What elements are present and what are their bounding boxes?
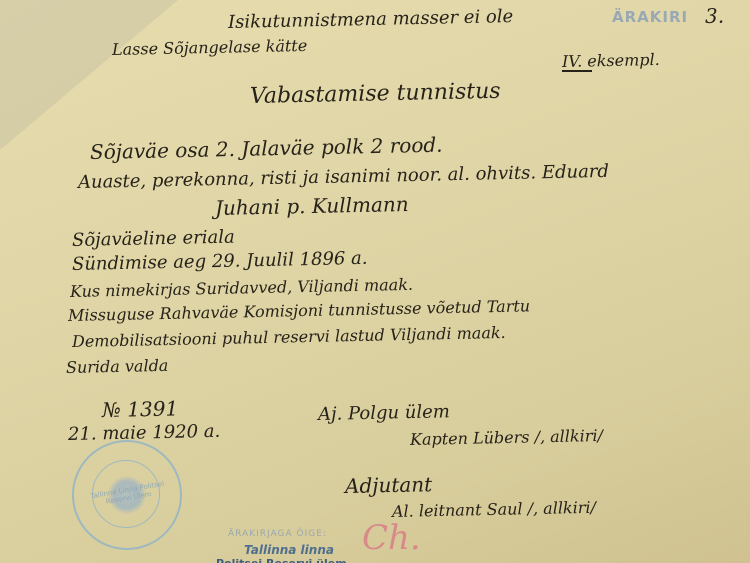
archive-stamp: ÄRAKIRI [612,8,688,26]
certified-copy-office: Politsei Reservi ülem [216,557,347,563]
page-number: 3. [705,4,725,28]
signature-commander-name: Kapten Lübers /, allkiri/ [410,426,603,449]
signature-adjutant-title: Adjutant [345,472,433,498]
field-parish: Surida valda [66,356,169,377]
copy-number: IV. eksempl. [562,50,660,71]
field-military-specialty: Sõjaväeline eriala [72,227,235,251]
document-number: № 1391 [102,396,179,422]
certified-copy-stamp: ÄRAKIRJAGA ÕIGE: [228,529,327,539]
signature-commander-title: Aj. Polgu ülem [318,401,450,425]
copy-number-underline [562,70,592,72]
field-name-continued: Juhani p. Kullmann [215,192,409,220]
certified-copy-city: Tallinna linna [244,543,334,557]
document-title: Vabastamise tunnistus [250,79,501,109]
police-seal: Tallinna Linna Politsei Reservi Ülem [72,440,182,550]
document-date: 21. maie 1920 a. [68,421,221,445]
red-initials: Ch. [362,518,421,558]
